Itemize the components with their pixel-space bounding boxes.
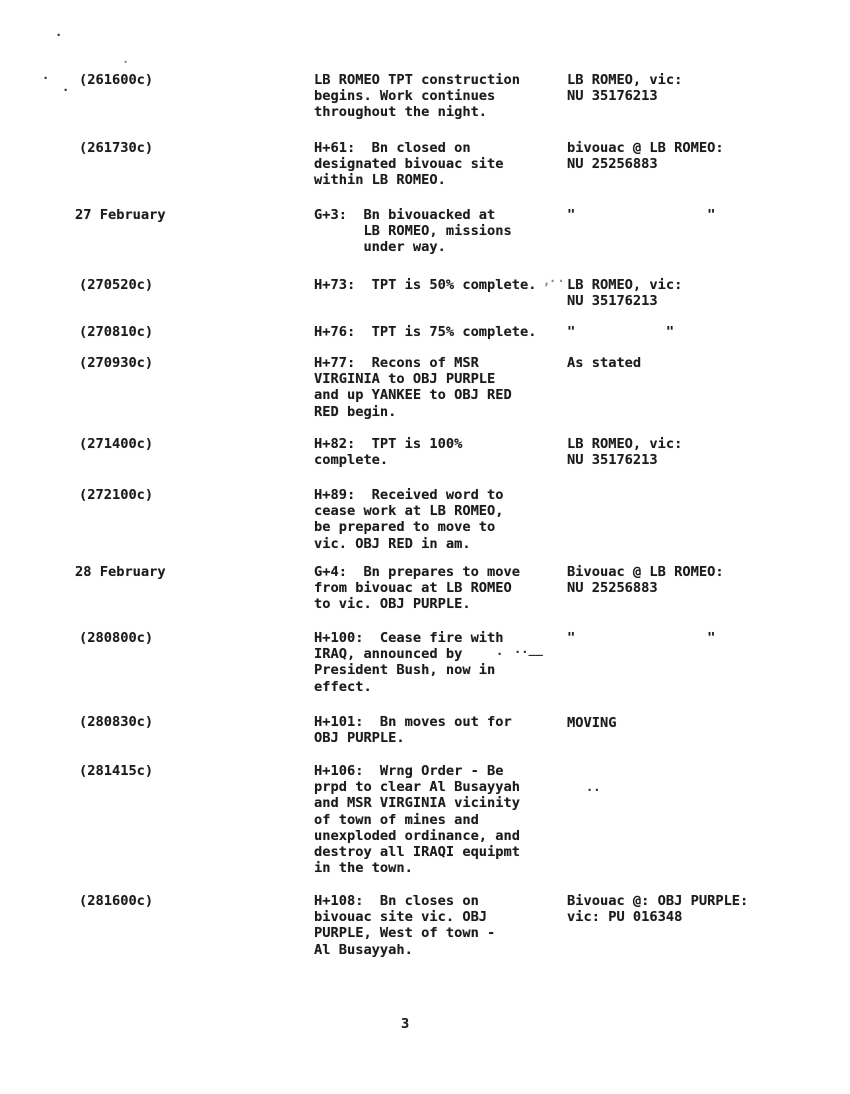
- scan-artifact: ..__: [514, 644, 543, 654]
- page-number: 3: [401, 1016, 409, 1032]
- event-cell: H+106: Wrng Order - Be prpd to clear Al …: [314, 763, 520, 876]
- datetime-cell: (261730c): [79, 140, 153, 156]
- scan-artifact: ·: [42, 73, 49, 83]
- datetime-cell: (272100c): [79, 487, 153, 503]
- location-cell: As stated: [567, 355, 641, 371]
- datetime-cell: (280830c): [79, 714, 153, 730]
- location-cell: Bivouac @ LB ROMEO: NU 25256883: [567, 564, 724, 596]
- event-cell: H+82: TPT is 100% complete.: [314, 436, 462, 468]
- date-cell: 27 February: [75, 207, 166, 223]
- event-cell: H+76: TPT is 75% complete.: [314, 324, 537, 340]
- scan-artifact: ·: [122, 57, 129, 67]
- event-cell: H+101: Bn moves out for OBJ PURPLE.: [314, 714, 512, 746]
- event-cell: LB ROMEO TPT construction begins. Work c…: [314, 72, 520, 121]
- location-cell: Bivouac @: OBJ PURPLE: vic: PU 016348: [567, 893, 748, 925]
- event-cell: G+4: Bn prepares to move from bivouac at…: [314, 564, 520, 613]
- event-cell: H+61: Bn closed on designated bivouac si…: [314, 140, 504, 189]
- location-cell: " ": [567, 630, 715, 646]
- datetime-cell: (270810c): [79, 324, 153, 340]
- location-cell: LB ROMEO, vic: NU 35176213: [567, 277, 682, 309]
- datetime-cell: (281415c): [79, 763, 153, 779]
- event-cell: H+73: TPT is 50% complete.: [314, 277, 537, 293]
- event-cell: H+89: Received word to cease work at LB …: [314, 487, 504, 552]
- datetime-cell: (270520c): [79, 277, 153, 293]
- scan-artifact: ..: [586, 782, 600, 792]
- scan-artifact: ·: [55, 30, 62, 40]
- datetime-cell: (261600c): [79, 72, 153, 88]
- event-cell: H+108: Bn closes on bivouac site vic. OB…: [314, 893, 495, 958]
- location-cell: " ": [567, 207, 715, 223]
- location-cell: LB ROMEO, vic: NU 35176213: [567, 72, 682, 104]
- scan-artifact: .: [62, 82, 69, 92]
- scan-artifact: .: [496, 646, 503, 656]
- datetime-cell: (281600c): [79, 893, 153, 909]
- location-cell: " ": [567, 324, 674, 340]
- datetime-cell: (280800c): [79, 630, 153, 646]
- event-cell: H+77: Recons of MSR VIRGINIA to OBJ PURP…: [314, 355, 512, 420]
- location-cell: LB ROMEO, vic: NU 35176213: [567, 436, 682, 468]
- datetime-cell: (271400c): [79, 436, 153, 452]
- scanned-document-page: (261600c) LB ROMEO TPT construction begi…: [0, 0, 850, 1094]
- event-cell: G+3: Bn bivouacked at LB ROMEO, missions…: [314, 207, 512, 256]
- location-cell: bivouac @ LB ROMEO: NU 25256883: [567, 140, 724, 172]
- date-cell: 28 February: [75, 564, 166, 580]
- scan-artifact: ·: [549, 276, 556, 286]
- datetime-cell: (270930c): [79, 355, 153, 371]
- event-cell: H+100: Cease fire with IRAQ, announced b…: [314, 630, 504, 695]
- location-cell: MOVING: [567, 715, 616, 731]
